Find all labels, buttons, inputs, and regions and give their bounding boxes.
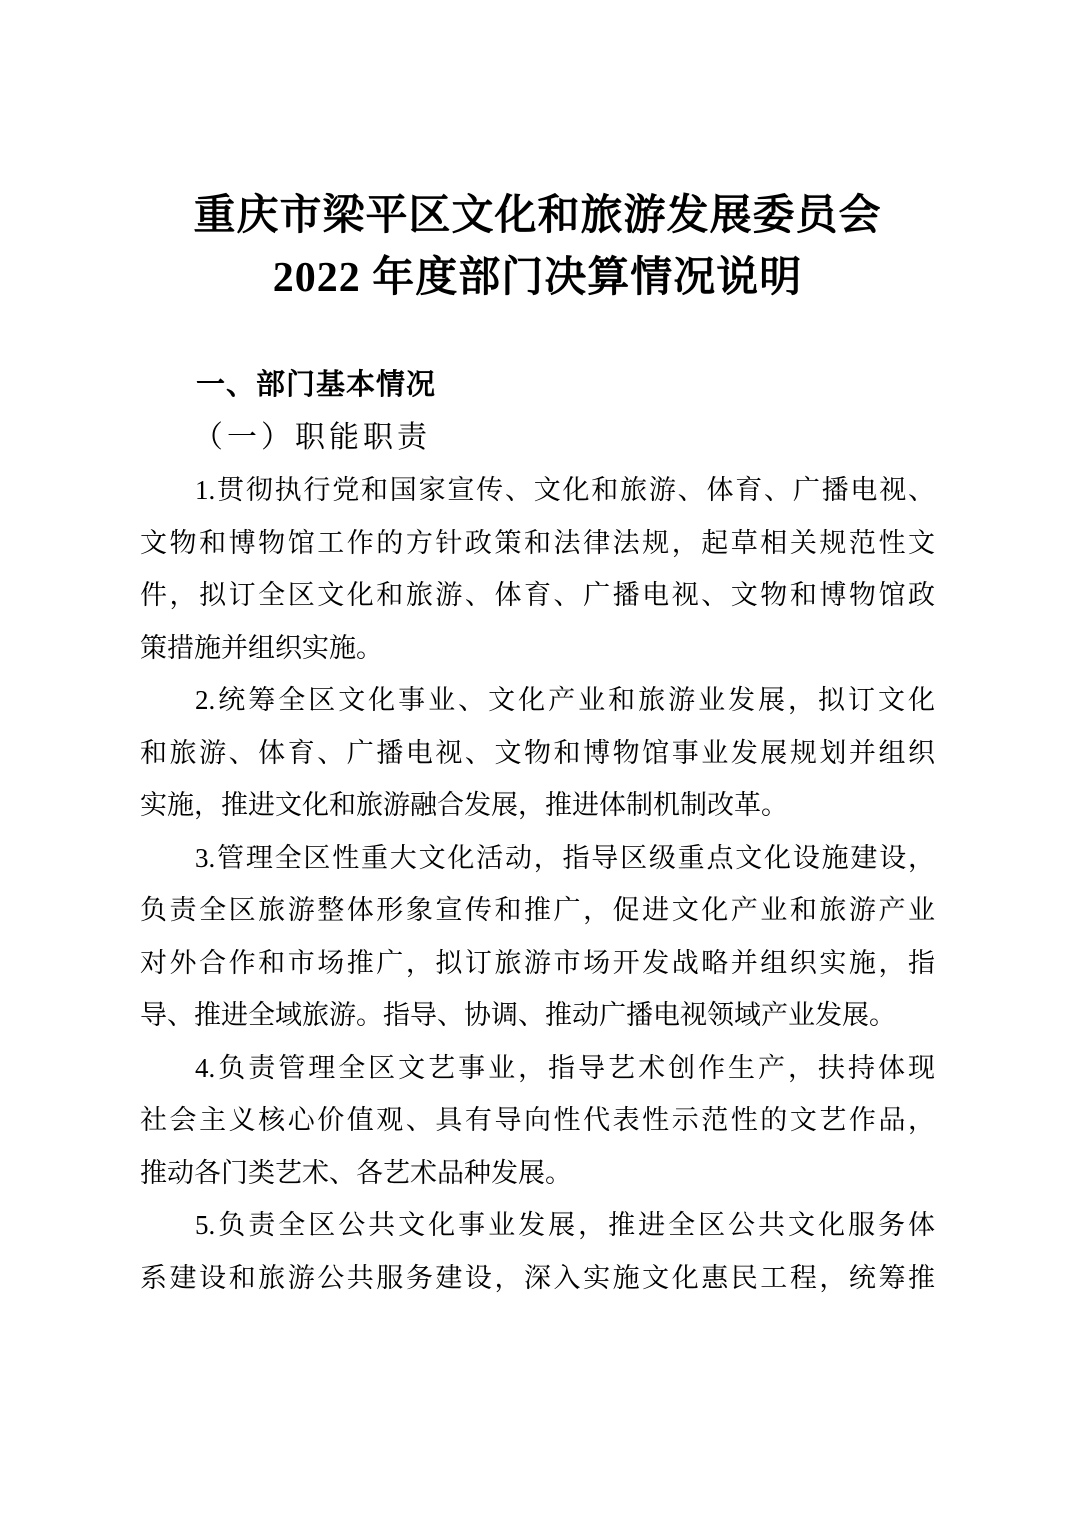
- paragraph: 5.负责全区公共文化事业发展，推进全区公共文化服务体系建设和旅游公共服务建设，深…: [140, 1199, 935, 1304]
- text-line: 实施，推进文化和旅游融合发展，推进体制机制改革。: [140, 779, 935, 832]
- paragraph: 3.管理全区性重大文化活动，指导区级重点文化设施建设，负责全区旅游整体形象宣传和…: [140, 832, 935, 1042]
- paragraph: 2.统筹全区文化事业、文化产业和旅游业发展，拟订文化和旅游、体育、广播电视、文物…: [140, 674, 935, 832]
- text-line: 5.负责全区公共文化事业发展，推进全区公共文化服务体: [140, 1199, 935, 1252]
- document-title-line-1: 重庆市梁平区文化和旅游发展委员会: [140, 185, 935, 247]
- text-line: 推动各门类艺术、各艺术品种发展。: [140, 1147, 935, 1200]
- paragraph: 1.贯彻执行党和国家宣传、文化和旅游、体育、广播电视、文物和博物馆工作的方针政策…: [140, 464, 935, 674]
- text-line: 件，拟订全区文化和旅游、体育、广播电视、文物和博物馆政: [140, 569, 935, 622]
- subsection-heading: （一）职能职责: [140, 411, 935, 464]
- document-title: 重庆市梁平区文化和旅游发展委员会 2022 年度部门决算情况说明: [140, 0, 935, 309]
- paragraph: 4.负责管理全区文艺事业，指导艺术创作生产，扶持体现社会主义核心价值观、具有导向…: [140, 1042, 935, 1200]
- text-line: 3.管理全区性重大文化活动，指导区级重点文化设施建设，: [140, 832, 935, 885]
- text-line: 导、推进全域旅游。指导、协调、推动广播电视领域产业发展。: [140, 989, 935, 1042]
- text-line: 对外合作和市场推广，拟订旅游市场开发战略并组织实施，指: [140, 937, 935, 990]
- text-line: 系建设和旅游公共服务建设，深入实施文化惠民工程，统筹推: [140, 1252, 935, 1305]
- document-title-line-2: 2022 年度部门决算情况说明: [140, 247, 935, 309]
- document-page: 重庆市梁平区文化和旅游发展委员会 2022 年度部门决算情况说明 一、部门基本情…: [0, 0, 1075, 1521]
- text-line: 文物和博物馆工作的方针政策和法律法规，起草相关规范性文: [140, 517, 935, 570]
- text-line: 社会主义核心价值观、具有导向性代表性示范性的文艺作品，: [140, 1094, 935, 1147]
- text-line: 策措施并组织实施。: [140, 622, 935, 675]
- text-line: 和旅游、体育、广播电视、文物和博物馆事业发展规划并组织: [140, 727, 935, 780]
- body-paragraphs: 1.贯彻执行党和国家宣传、文化和旅游、体育、广播电视、文物和博物馆工作的方针政策…: [140, 464, 935, 1304]
- text-line: 4.负责管理全区文艺事业，指导艺术创作生产，扶持体现: [140, 1042, 935, 1095]
- text-line: 1.贯彻执行党和国家宣传、文化和旅游、体育、广播电视、: [140, 464, 935, 517]
- section-heading: 一、部门基本情况: [140, 359, 935, 411]
- text-line: 负责全区旅游整体形象宣传和推广，促进文化产业和旅游产业: [140, 884, 935, 937]
- text-line: 2.统筹全区文化事业、文化产业和旅游业发展，拟订文化: [140, 674, 935, 727]
